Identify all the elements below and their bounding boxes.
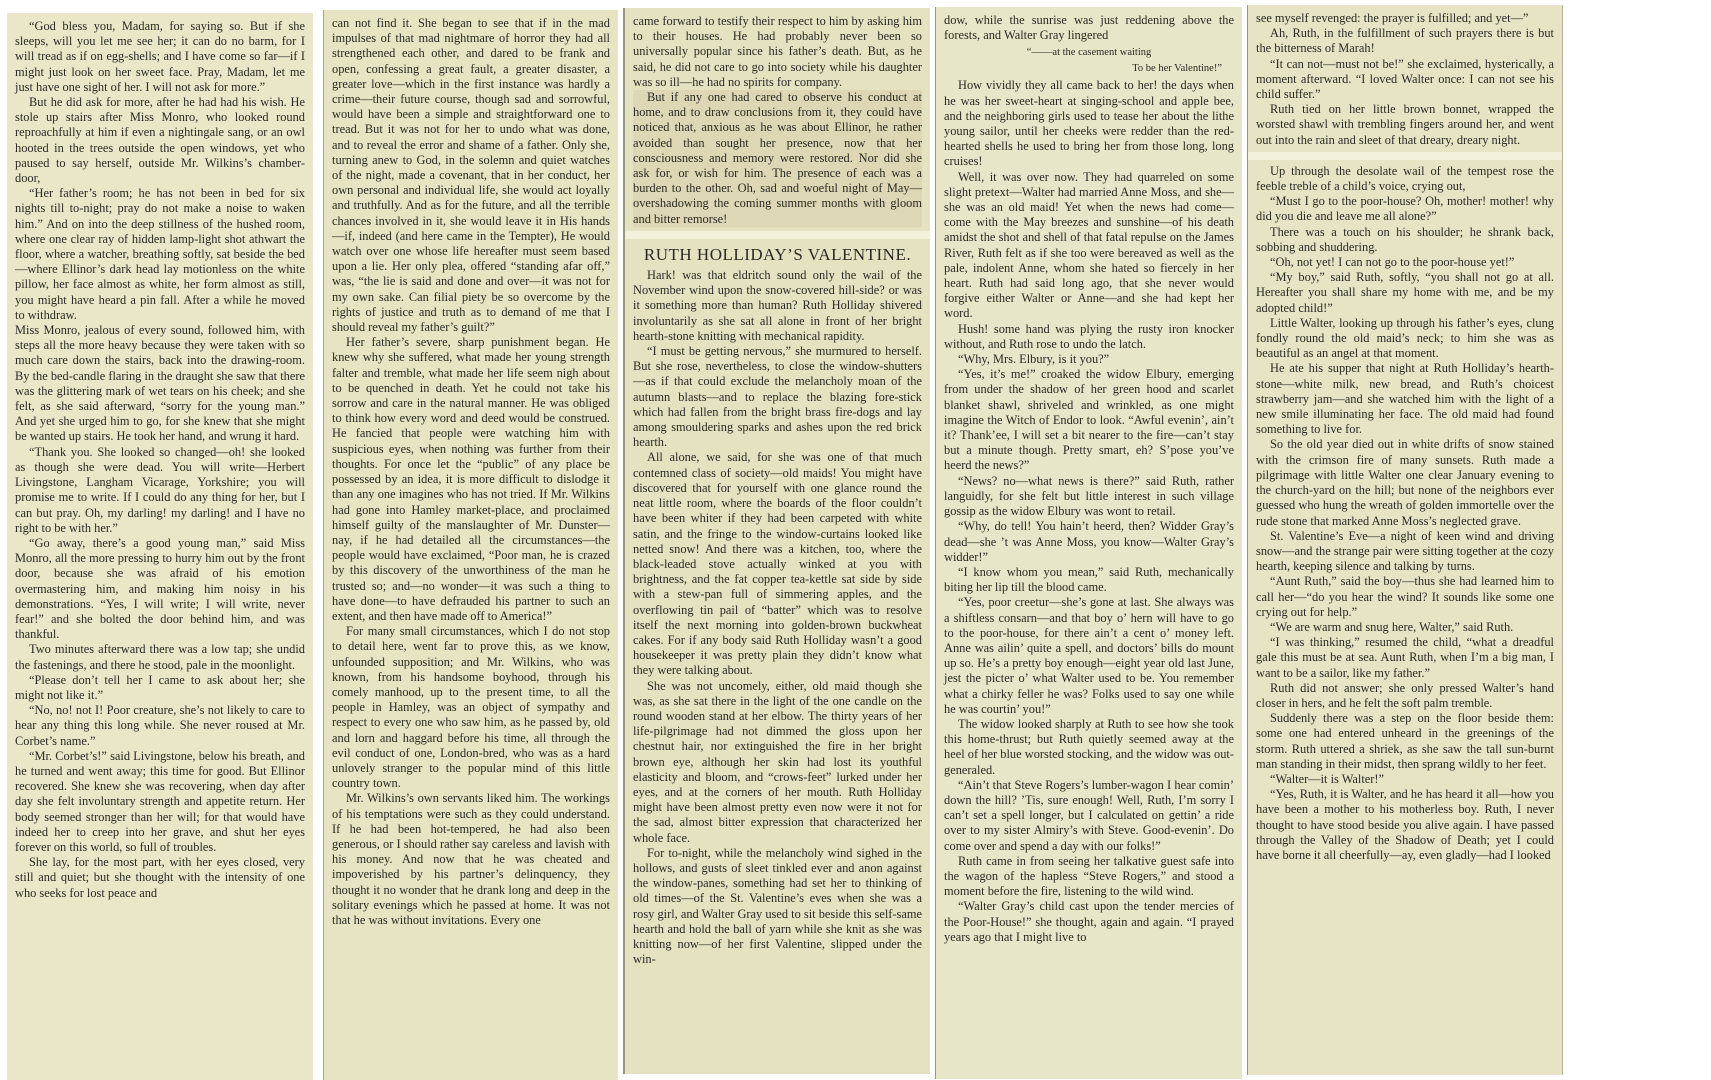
paragraph: “God bless you, Madam, for saying so. Bu…	[15, 19, 305, 95]
verse-line: To be her Valentine!”	[944, 62, 1234, 75]
paragraph: “Yes, Ruth, it is Walter, and he has hea…	[1256, 787, 1554, 863]
paragraph: “Oh, not yet! I can not go to the poor-h…	[1256, 255, 1554, 270]
paragraph: “Go away, there’s a good young man,” sai…	[15, 536, 305, 642]
paragraph: The widow looked sharply at Ruth to see …	[944, 717, 1234, 778]
column-divider	[1248, 152, 1562, 160]
paragraph: “Yes, it’s me!” croaked the widow Elbury…	[944, 367, 1234, 473]
paragraph: “I know whom you mean,” said Ruth, mecha…	[944, 565, 1234, 595]
paragraph: “Ain’t that Steve Rogers’s lumber-wagon …	[944, 778, 1234, 854]
paragraph: How vividly they all came back to her! t…	[944, 78, 1234, 169]
paragraph: “Mr. Corbet’s!” said Livingstone, below …	[15, 749, 305, 855]
paragraph: Miss Monro, jealous of every sound, foll…	[15, 323, 305, 445]
paragraph: “I must be getting nervous,” she murmure…	[633, 344, 922, 450]
paragraph: Well, it was over now. They had quarrele…	[944, 170, 1234, 322]
paragraph: “Why, Mrs. Elbury, is it you?”	[944, 352, 1234, 367]
paragraph: But he did ask for more, after he had ha…	[15, 95, 305, 186]
paragraph: Her father’s severe, sharp punishment be…	[332, 335, 610, 624]
column-divider	[625, 231, 930, 239]
paragraph: Hush! some hand was plying the rusty iro…	[944, 322, 1234, 352]
paragraph: Suddenly there was a step on the floor b…	[1256, 711, 1554, 772]
paragraph: Up through the desolate wail of the temp…	[1256, 164, 1554, 194]
paragraph: Ruth tied on her little brown bonnet, wr…	[1256, 102, 1554, 148]
paragraph: Ruth came in from seeing her talkative g…	[944, 854, 1234, 900]
paragraph: “Her father’s room; he has not been in b…	[15, 186, 305, 323]
paragraph: All alone, we said, for she was one of t…	[633, 450, 922, 678]
paragraph: Little Walter, looking up through his fa…	[1256, 316, 1554, 362]
paragraph: Two minutes afterward there was a low ta…	[15, 642, 305, 672]
paragraph: see myself revenged: the prayer is fulfi…	[1256, 11, 1554, 26]
paragraph: “My boy,” said Ruth, softly, “you shall …	[1256, 270, 1554, 316]
paragraph: “Yes, poor creetur—she’s gone at last. S…	[944, 595, 1234, 717]
paragraph: “We are warm and snug here, Walter,” sai…	[1256, 620, 1554, 635]
paragraph: Hark! was that eldritch sound only the w…	[633, 268, 922, 344]
paragraph: can not find it. She began to see that i…	[332, 16, 610, 335]
paragraph: “Aunt Ruth,” said the boy—thus she had l…	[1256, 574, 1554, 620]
paragraph: “It can not—must not be!” she exclaimed,…	[1256, 57, 1554, 103]
paragraph: “Please don’t tell her I came to ask abo…	[15, 673, 305, 703]
column-4: dow, while the sunrise was just reddenin…	[935, 7, 1242, 1079]
paragraph: came forward to testify their respect to…	[633, 14, 922, 90]
paragraph: There was a touch on his shoulder; he sh…	[1256, 225, 1554, 255]
paragraph: But if any one had cared to observe his …	[633, 90, 922, 227]
paragraph: Ruth did not answer; she only pressed Wa…	[1256, 681, 1554, 711]
verse-line: “——at the casement waiting	[944, 46, 1234, 59]
column-1: “God bless you, Madam, for saying so. Bu…	[7, 13, 313, 1080]
paragraph: “Walter Gray’s child cast upon the tende…	[944, 899, 1234, 945]
paragraph: “Must I go to the poor-house? Oh, mother…	[1256, 194, 1554, 224]
paragraph: Mr. Wilkins’s own servants liked him. Th…	[332, 791, 610, 928]
column-5: see myself revenged: the prayer is fulfi…	[1247, 5, 1563, 1075]
column-2: can not find it. She began to see that i…	[323, 10, 618, 1080]
paragraph: He ate his supper that night at Ruth Hol…	[1256, 361, 1554, 437]
paragraph: “News? no—what news is there?” said Ruth…	[944, 474, 1234, 520]
paragraph: “I was thinking,” resumed the child, “wh…	[1256, 635, 1554, 681]
paragraph: For many small circumstances, which I do…	[332, 624, 610, 791]
paragraph: Ah, Ruth, in the fulfillment of such pra…	[1256, 26, 1554, 56]
paragraph: “No, no! not I! Poor creature, she’s not…	[15, 703, 305, 749]
column-3: came forward to testify their respect to…	[623, 8, 930, 1074]
article-title: RUTH HOLLIDAY’S VALENTINE.	[633, 247, 922, 262]
paragraph: St. Valentine’s Eve—a night of keen wind…	[1256, 529, 1554, 575]
paragraph: She was not uncomely, either, old maid t…	[633, 679, 922, 846]
paragraph: So the old year died out in white drifts…	[1256, 437, 1554, 528]
paragraph: “Thank you. She looked so changed—oh! sh…	[15, 445, 305, 536]
paragraph: “Walter—it is Walter!”	[1256, 772, 1554, 787]
paragraph: “Why, do tell! You hain’t heerd, then? W…	[944, 519, 1234, 565]
paragraph: She lay, for the most part, with her eye…	[15, 855, 305, 901]
paragraph: dow, while the sunrise was just reddenin…	[944, 13, 1234, 43]
paragraph: For to-night, while the melancholy wind …	[633, 846, 922, 968]
